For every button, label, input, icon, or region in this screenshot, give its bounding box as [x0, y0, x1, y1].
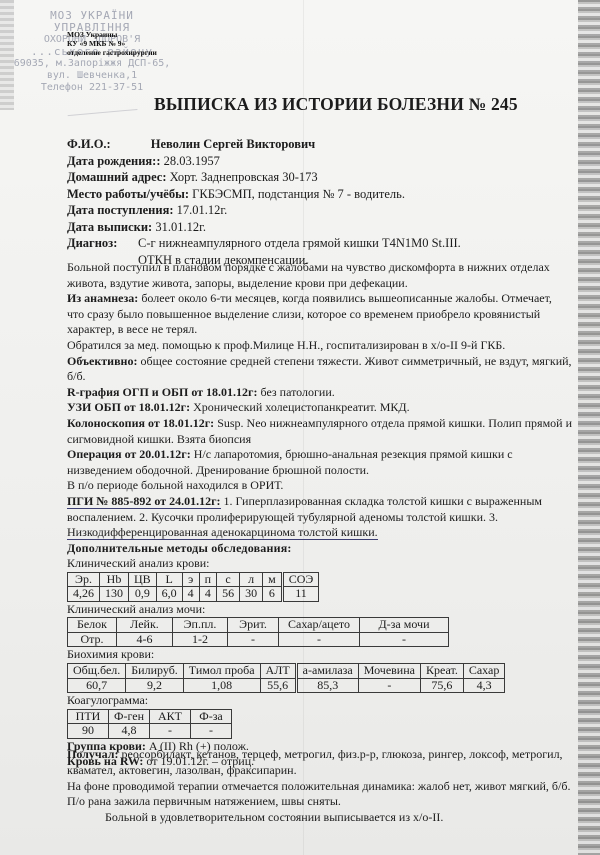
ministry: МОЗ Украины [67, 30, 157, 39]
dob-value: 28.03.1957 [161, 154, 220, 168]
ultrasound-text: Хронический холецистопанкреатит. МКД. [190, 400, 409, 414]
table-cell: - [358, 678, 420, 693]
diagnosis-line: С-г нижнеампулярного отдела грямой кишки… [138, 235, 461, 252]
table-cell: 6 [263, 587, 283, 602]
hospital-name: КУ «9 МКБ № 9» [67, 39, 157, 48]
blood-test-table: Эр. Hb ЦВ L э п с л м СОЭ 4,26 130 0,9 6… [67, 572, 319, 602]
stamp-line: 69035, м.Запоріжжя ДСП-65, [12, 58, 172, 70]
admission-value: 17.01.12г. [174, 203, 228, 217]
institution-header: МОЗ Украины КУ «9 МКБ № 9» отделение гас… [67, 30, 157, 57]
address-row: Домашний адрес: Хорт. Заднепровская 30-1… [67, 169, 461, 186]
table-cell: 60,7 [68, 678, 126, 693]
table-cell: 30 [240, 587, 263, 602]
table-cell: 4,26 [68, 587, 100, 602]
anamnesis-text: болеет около 6-ти месяцев, когда появили… [67, 291, 552, 336]
discharge-statement: Больной в удовлетворительном состоянии в… [67, 810, 577, 826]
table-cell: 1,08 [183, 678, 260, 693]
ultrasound: УЗИ ОБП от 18.01.12г: Хронический холеци… [67, 400, 572, 416]
ultrasound-label: УЗИ ОБП от 18.01.12г: [67, 400, 190, 414]
department: отделение гастрохирургии [67, 48, 157, 57]
table-cell: Белок [68, 618, 117, 633]
table-cell: АЛТ [260, 664, 296, 679]
urine-test-label: Клинический анализ мочи: [67, 602, 572, 618]
table-cell: п [199, 572, 216, 587]
table-header-row: Общ.бел. Билируб. Тимол проба АЛТ а-амил… [68, 664, 505, 679]
colonoscopy: Колоноскопия от 18.01.12г: Susp. Neo ниж… [67, 416, 572, 447]
table-cell: 4-6 [117, 632, 173, 647]
document-title: ВЫПИСКА ИЗ ИСТОРИИ БОЛЕЗНИ № 245 [154, 94, 518, 115]
histology: ПГИ № 885-892 от 24.01.12г: 1. Гиперплаз… [67, 494, 572, 541]
work-row: Место работы/учёбы: ГКБЭСМП, подстанция … [67, 186, 461, 203]
referral: Обратился за мед. помощью к проф.Милице … [67, 338, 572, 354]
blood-test-label: Клинический анализ крови: [67, 556, 572, 572]
address-label: Домашний адрес: [67, 170, 167, 184]
clinical-narrative: Больной поступил в плановом порядке с жа… [67, 260, 572, 770]
table-cell: с [217, 572, 240, 587]
objective: Объективно: общее состояние средней степ… [67, 354, 572, 385]
table-cell: э [182, 572, 199, 587]
table-cell: а-амилаза [296, 664, 358, 679]
discharge-row: Дата выписки: 31.01.12г. [67, 219, 461, 236]
table-cell: Hb [100, 572, 129, 587]
table-cell: 55,6 [260, 678, 296, 693]
histology-conclusion: Низкодифференцированная аденокарцинома т… [67, 525, 378, 540]
work-value: ГКБЭСМП, подстанция № 7 - водитель. [189, 187, 405, 201]
work-label: Место работы/учёбы: [67, 187, 189, 201]
coagulogram-label: Коагулограмма: [67, 693, 572, 709]
table-cell: 0,9 [129, 587, 157, 602]
stamp-line: вул. Шевченка,1 [12, 70, 172, 82]
table-cell: Общ.бел. [68, 664, 126, 679]
fio-label: Ф.И.О.: [67, 137, 111, 151]
table-cell: м [263, 572, 283, 587]
table-cell: Д-за мочи [360, 618, 449, 633]
table-cell: Тимол проба [183, 664, 260, 679]
patient-info: Ф.И.О.:Неволин Сергей Викторович Дата ро… [67, 136, 461, 268]
coagulogram-table: ПТИ Ф-ген АКТ Ф-за 90 4,8 - - [67, 709, 232, 739]
table-cell: 4 [182, 587, 199, 602]
address-value: Хорт. Заднепровская 30-173 [167, 170, 318, 184]
objective-label: Объективно: [67, 354, 137, 368]
scan-edge-right [578, 0, 600, 855]
table-cell: Сахар/ацето [279, 618, 360, 633]
complaints: Больной поступил в плановом порядке с жа… [67, 260, 572, 291]
table-header-row: Эр. Hb ЦВ L э п с л м СОЭ [68, 572, 319, 587]
table-cell: 56 [217, 587, 240, 602]
hospital-stamp: МОЗ УКРАЇНИ УПРАВЛІННЯ ОХОРОНИ ЗДОРОВ'Я … [12, 10, 172, 110]
table-row: 60,7 9,2 1,08 55,6 85,3 - 75,6 4,3 [68, 678, 505, 693]
table-cell: 85,3 [296, 678, 358, 693]
table-cell: ЦВ [129, 572, 157, 587]
dob-label: Дата рождения:: [67, 154, 161, 168]
anamnesis-label: Из анамнеза: [67, 291, 138, 305]
fio-row: Ф.И.О.:Неволин Сергей Викторович [67, 136, 461, 153]
table-cell: - [360, 632, 449, 647]
table-cell: 1-2 [173, 632, 228, 647]
medications-text: реосорбилакт, кетанов, терцеф, метрогил,… [67, 747, 563, 777]
table-row: 90 4,8 - - [68, 724, 232, 739]
operation-label: Операция от 20.01.12г: [67, 447, 191, 461]
table-cell: 90 [68, 724, 109, 739]
table-cell: л [240, 572, 263, 587]
table-cell: - [150, 724, 191, 739]
table-row: 4,26 130 0,9 6,0 4 4 56 30 6 11 [68, 587, 319, 602]
table-cell: Отр. [68, 632, 117, 647]
table-cell: ПТИ [68, 709, 109, 724]
treatment-summary: Получал: реосорбилакт, кетанов, терцеф, … [67, 747, 577, 826]
table-cell: Билируб. [126, 664, 184, 679]
table-cell: Ф-за [191, 709, 232, 724]
stamp-line: Телефон 221-37-51 [12, 82, 172, 94]
table-cell: Эрит. [228, 618, 279, 633]
table-cell: - [191, 724, 232, 739]
table-cell: 11 [282, 587, 319, 602]
table-cell: Ф-ген [109, 709, 150, 724]
urine-test-table: Белок Лейк. Эп.пл. Эрит. Сахар/ацето Д-з… [67, 617, 449, 647]
colonoscopy-label: Колоноскопия от 18.01.12г: [67, 416, 214, 430]
icu-stay: В п/о периоде больной находился в ОРИТ. [67, 478, 572, 494]
discharge-value: 31.01.12г. [152, 220, 206, 234]
table-cell: 4 [199, 587, 216, 602]
table-cell: 4,8 [109, 724, 150, 739]
medications-label: Получал: [67, 747, 119, 761]
scanned-document-page: МОЗ УКРАЇНИ УПРАВЛІННЯ ОХОРОНИ ЗДОРОВ'Я … [0, 0, 600, 855]
table-header-row: Белок Лейк. Эп.пл. Эрит. Сахар/ацето Д-з… [68, 618, 449, 633]
table-row: Отр. 4-6 1-2 - - - [68, 632, 449, 647]
table-cell: L [156, 572, 182, 587]
table-cell: СОЭ [282, 572, 319, 587]
table-cell: Мочевина [358, 664, 420, 679]
table-cell: - [228, 632, 279, 647]
table-cell: 6,0 [156, 587, 182, 602]
table-header-row: ПТИ Ф-ген АКТ Ф-за [68, 709, 232, 724]
biochemistry-table: Общ.бел. Билируб. Тимол проба АЛТ а-амил… [67, 663, 505, 693]
dynamics: На фоне проводимой терапии отмечается по… [67, 779, 577, 811]
table-cell: 75,6 [420, 678, 463, 693]
admission-label: Дата поступления: [67, 203, 174, 217]
table-cell: АКТ [150, 709, 191, 724]
biochemistry-label: Биохимия крови: [67, 647, 572, 663]
discharge-label: Дата выписки: [67, 220, 152, 234]
fio-value: Неволин Сергей Викторович [151, 137, 316, 151]
xray: R-графия ОГП и ОБП от 18.01.12г: без пат… [67, 385, 572, 401]
table-cell: 4,3 [463, 678, 505, 693]
table-cell: Эп.пл. [173, 618, 228, 633]
pen-mark [68, 109, 139, 126]
table-cell: 130 [100, 587, 129, 602]
table-cell: Сахар [463, 664, 505, 679]
xray-text: без патологии. [258, 385, 335, 399]
operation: Операция от 20.01.12г: Н/с лапаротомия, … [67, 447, 572, 478]
admission-row: Дата поступления: 17.01.12г. [67, 202, 461, 219]
medications: Получал: реосорбилакт, кетанов, терцеф, … [67, 747, 577, 779]
anamnesis: Из анамнеза: болеет около 6-ти месяцев, … [67, 291, 572, 338]
objective-text: общее состояние средней степени тяжести.… [67, 354, 572, 384]
table-cell: 9,2 [126, 678, 184, 693]
histology-label: ПГИ № 885-892 от 24.01.12г: [67, 494, 221, 509]
dob-row: Дата рождения:: 28.03.1957 [67, 153, 461, 170]
table-cell: Лейк. [117, 618, 173, 633]
table-cell: Креат. [420, 664, 463, 679]
additional-tests-heading: Дополнительные методы обследования: [67, 541, 572, 557]
table-cell: - [279, 632, 360, 647]
xray-label: R-графия ОГП и ОБП от 18.01.12г: [67, 385, 258, 399]
table-cell: Эр. [68, 572, 100, 587]
